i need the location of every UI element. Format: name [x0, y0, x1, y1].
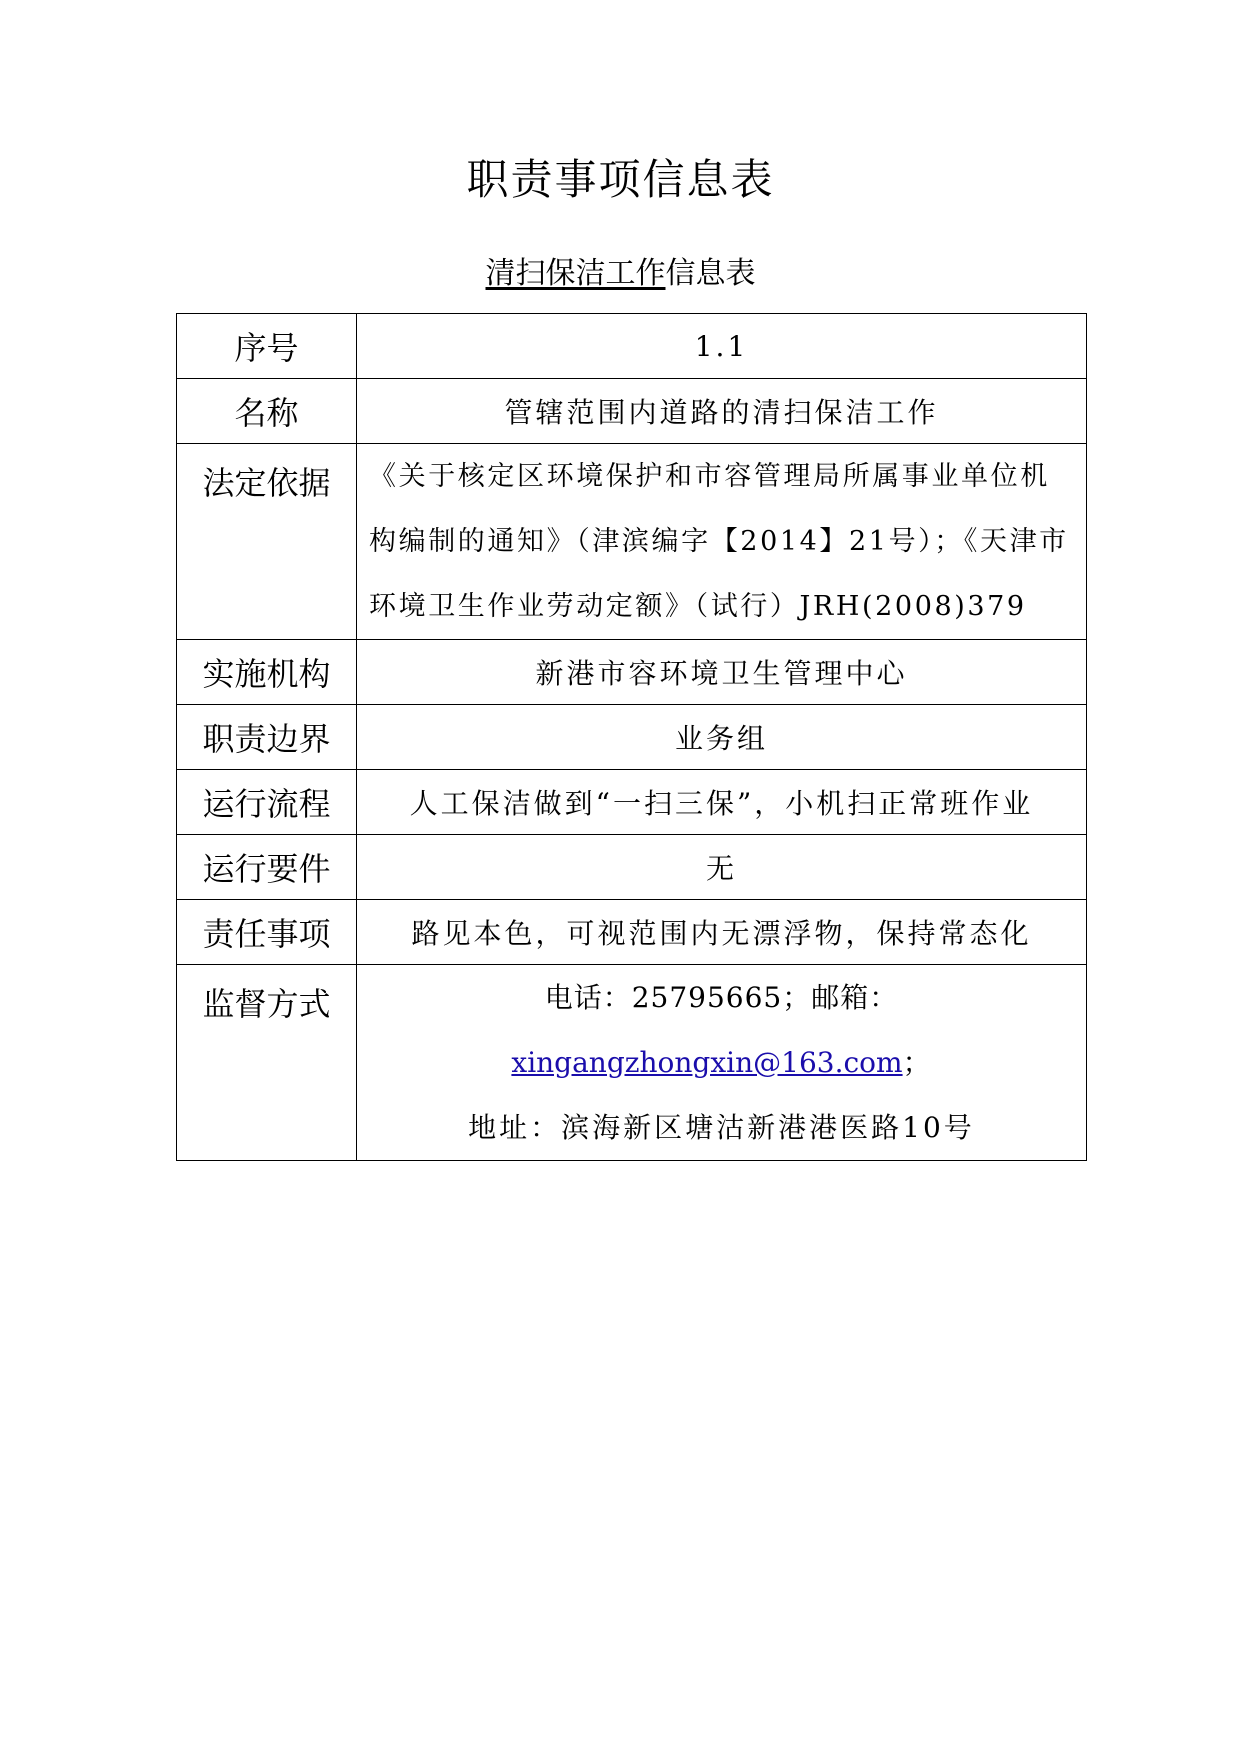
- table-row-legal-basis: 法定依据 《关于核定区环境保护和市容管理局所属事业单位机构编制的通知》（津滨编字…: [177, 444, 1087, 640]
- table-row-name: 名称 管辖范围内道路的清扫保洁工作: [177, 379, 1087, 444]
- info-table: 序号 1.1 名称 管辖范围内道路的清扫保洁工作 法定依据 《关于核定区环境保护…: [176, 313, 1087, 1161]
- row-value: 路见本色，可视范围内无漂浮物，保持常态化: [357, 900, 1087, 965]
- contact-line: 电话：25795665；邮箱：xingangzhongxin@163.com；: [357, 965, 1086, 1095]
- table-row-requirements: 运行要件 无: [177, 835, 1087, 900]
- phone-text: 电话：25795665；邮箱：: [545, 981, 899, 1014]
- page-title: 职责事项信息表: [0, 150, 1241, 210]
- row-label: 名称: [177, 379, 357, 444]
- row-label: 运行要件: [177, 835, 357, 900]
- table-row-boundary: 职责边界 业务组: [177, 705, 1087, 770]
- subtitle-underlined: 清扫保洁工作: [486, 256, 666, 291]
- row-value: 业务组: [357, 705, 1087, 770]
- table-row-process: 运行流程 人工保洁做到“一扫三保”，小机扫正常班作业: [177, 770, 1087, 835]
- row-label: 职责边界: [177, 705, 357, 770]
- email-suffix: ；: [903, 1046, 932, 1079]
- row-value: 管辖范围内道路的清扫保洁工作: [357, 379, 1087, 444]
- row-label: 运行流程: [177, 770, 357, 835]
- row-label: 序号: [177, 314, 357, 379]
- row-label: 实施机构: [177, 640, 357, 705]
- row-value: 新港市容环境卫生管理中心: [357, 640, 1087, 705]
- table-row-serial: 序号 1.1: [177, 314, 1087, 379]
- row-value: 无: [357, 835, 1087, 900]
- table-row-responsibilities: 责任事项 路见本色，可视范围内无漂浮物，保持常态化: [177, 900, 1087, 965]
- table-row-agency: 实施机构 新港市容环境卫生管理中心: [177, 640, 1087, 705]
- row-value: 人工保洁做到“一扫三保”，小机扫正常班作业: [357, 770, 1087, 835]
- table-subtitle: 清扫保洁工作信息表: [0, 252, 1241, 296]
- row-label: 责任事项: [177, 900, 357, 965]
- row-value: 1.1: [357, 314, 1087, 379]
- row-value: 《关于核定区环境保护和市容管理局所属事业单位机构编制的通知》（津滨编字【2014…: [357, 444, 1087, 640]
- row-label: 法定依据: [177, 444, 357, 640]
- address-line: 地址：滨海新区塘沽新港港医路10号: [357, 1095, 1086, 1160]
- row-label: 监督方式: [177, 965, 357, 1161]
- table-row-supervision: 监督方式 电话：25795665；邮箱：xingangzhongxin@163.…: [177, 965, 1087, 1161]
- row-value: 电话：25795665；邮箱：xingangzhongxin@163.com； …: [357, 965, 1087, 1161]
- email-link[interactable]: xingangzhongxin@163.com: [511, 1046, 902, 1079]
- subtitle-rest: 信息表: [666, 256, 756, 291]
